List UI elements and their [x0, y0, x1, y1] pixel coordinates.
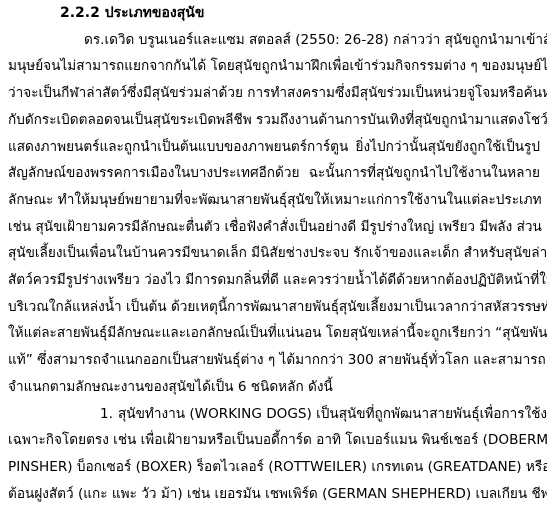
- paragraph-line: แสดงภาพยนตร์และถูกนำเป็นต้นแบบของภาพยนตร…: [8, 134, 540, 161]
- paragraph-line: สุนัขเลี้ยงเป็นเพื่อนในบ้านควรมีขนาดเล็ก…: [8, 240, 540, 267]
- paragraph-line: มนุษย์จนไม่สามารถแยกจากกันได้ โดยสุนัขถู…: [8, 53, 540, 80]
- paragraph-line: บริเวณใกล้แหล่งน้ำ เป็นต้น ด้วยเหตุนี้กา…: [8, 294, 540, 321]
- paragraph-line: สัญลักษณ์ของพรรคการเมืองในบางประเทศอีกด้…: [8, 160, 540, 187]
- list-item-line: เฉพาะกิจโดยตรง เช่น เพื่อเฝ้ายามหรือเป็น…: [8, 427, 540, 454]
- document-page: 2.2.2 ประเภทของสุนัข ดร.เดวิด บรูนเนอร์แ…: [0, 0, 547, 526]
- paragraph-line: ว่าจะเป็นกีฬาล่าสัตว์ซึ่งมีสุนัขร่วมล่าด…: [8, 80, 540, 107]
- paragraph-line: ลักษณะ ทำให้มนุษย์พยายามที่จะพัฒนาสายพัน…: [8, 187, 540, 214]
- paragraph-line: เช่น สุนัขเฝ้ายามควรมีลักษณะตื่นตัว เชื่…: [8, 214, 540, 241]
- paragraph-line: แท้” ซึ่งสามารถจำแนกออกเป็นสายพันธุ์ต่าง…: [8, 347, 540, 374]
- paragraph-line: ดร.เดวิด บรูนเนอร์และแซม สตอลส์ (2550: 2…: [84, 27, 540, 54]
- list-item-line: ต้อนฝูงสัตว์ (แกะ แพะ วัว ม้า) เช่น เยอร…: [8, 481, 540, 508]
- paragraph-line: ให้แต่ละสายพันธุ์มีลักษณะและเอกลักษณ์เป็…: [8, 320, 540, 347]
- paragraph-line: จำแนกตามลักษณะงานของสุนัขได้เป็น 6 ชนิดห…: [8, 374, 540, 401]
- paragraph-line: สัตว์ควรมีรูปร่างเพรียว ว่องไว มีการดมกล…: [8, 267, 540, 294]
- paragraph-line: กับดักระเบิดตลอดจนเป็นสุนัขระเบิดพลีชีพ …: [8, 107, 540, 134]
- list-item-first-line: สุนัขทำงาน (WORKING DOGS) เป็นสุนัขที่ถู…: [118, 401, 540, 428]
- section-heading: 2.2.2 ประเภทของสุนัข: [60, 0, 204, 27]
- list-item-line: PINSHER) บ็อกเซอร์ (BOXER) ร็อตไวเลอร์ (…: [8, 454, 540, 481]
- list-item-number: 1.: [100, 401, 113, 428]
